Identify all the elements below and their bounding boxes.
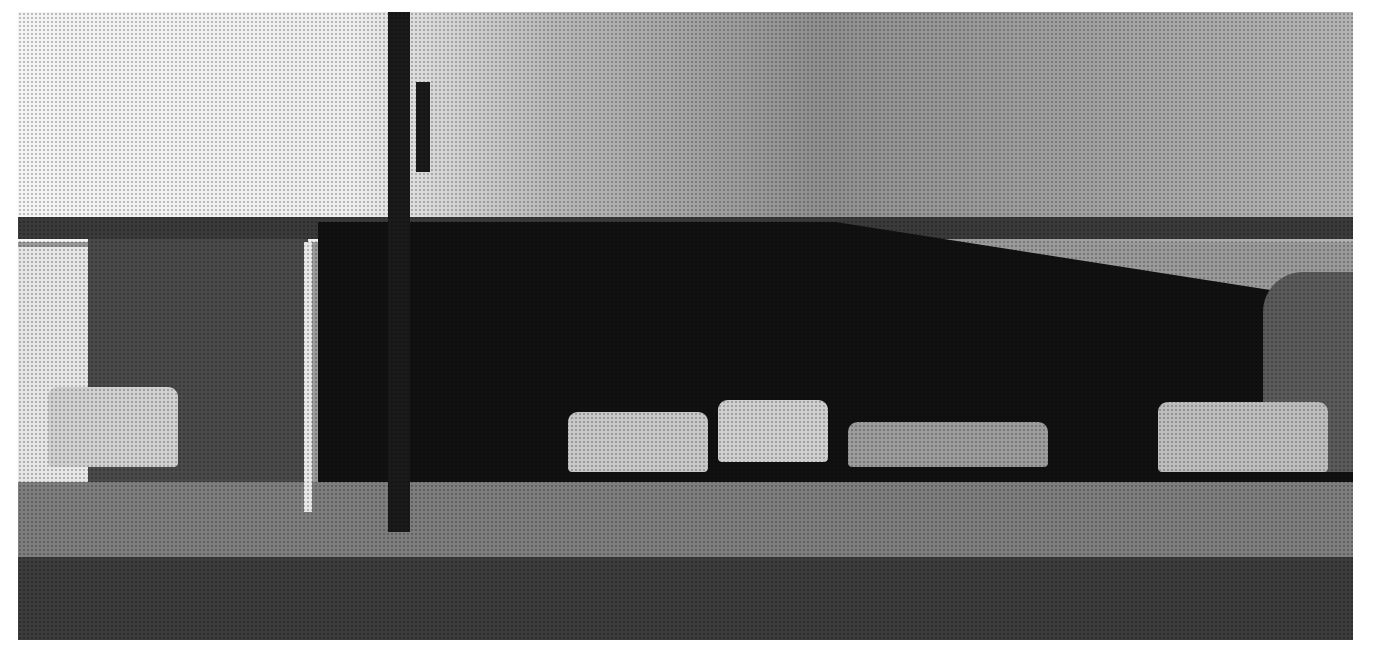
- halftone-grain-overlay: [18, 12, 1353, 640]
- halftone-photo: [18, 12, 1353, 640]
